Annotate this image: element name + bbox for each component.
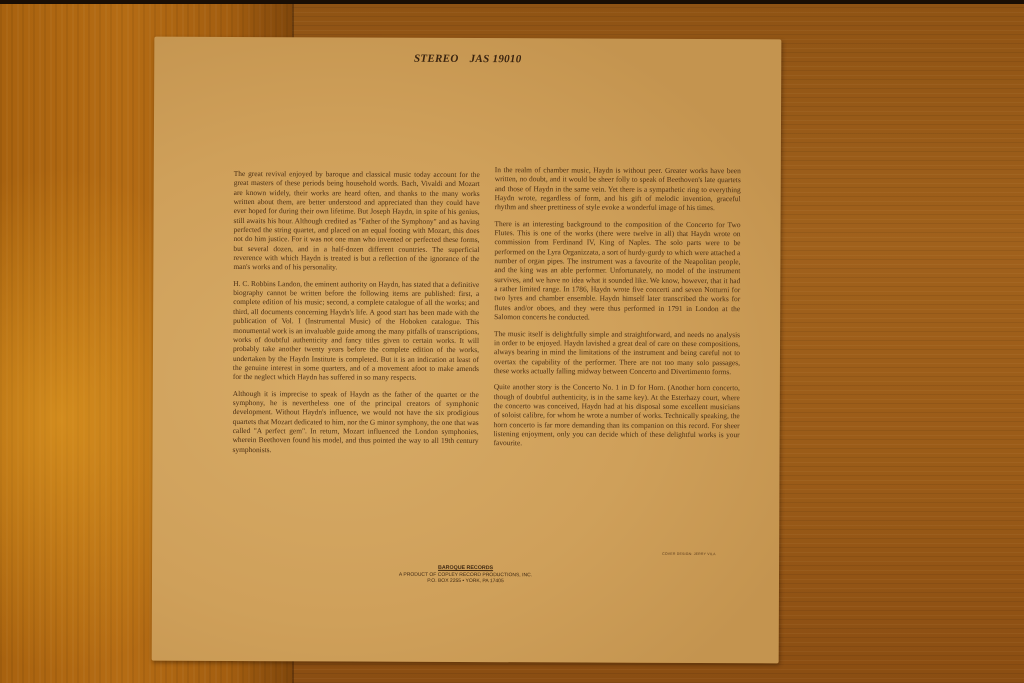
design-credit: Cover design: Jerry Vila <box>662 552 716 556</box>
catalog-number: JAS 19010 <box>470 53 522 65</box>
record-sleeve-back-cover: STEREO JAS 19010 The great revival enjoy… <box>152 37 782 664</box>
label-footer: BAROQUE RECORDS A PRODUCT OF COPLEY RECO… <box>152 564 779 586</box>
liner-paragraph: There is an interesting background to th… <box>494 219 740 323</box>
liner-paragraph: Quite another story is the Concerto No. … <box>494 382 740 448</box>
liner-paragraph: H. C. Robbins Landon, the eminent author… <box>233 279 479 383</box>
liner-notes-right-column: In the realm of chamber music, Haydn is … <box>494 165 741 456</box>
liner-paragraph: Although it is imprecise to speak of Hay… <box>233 389 479 455</box>
liner-paragraph: The great revival enjoyed by baroque and… <box>233 169 479 273</box>
address-line: P.O. BOX 2255 • YORK, PA 17405 <box>152 577 779 586</box>
catalog-header: STEREO JAS 19010 <box>154 52 781 67</box>
stereo-label: STEREO <box>414 53 459 65</box>
liner-paragraph: In the realm of chamber music, Haydn is … <box>495 165 741 213</box>
liner-paragraph: The music itself is delightfully simple … <box>494 329 740 377</box>
liner-notes-left-column: The great revival enjoyed by baroque and… <box>233 169 480 462</box>
